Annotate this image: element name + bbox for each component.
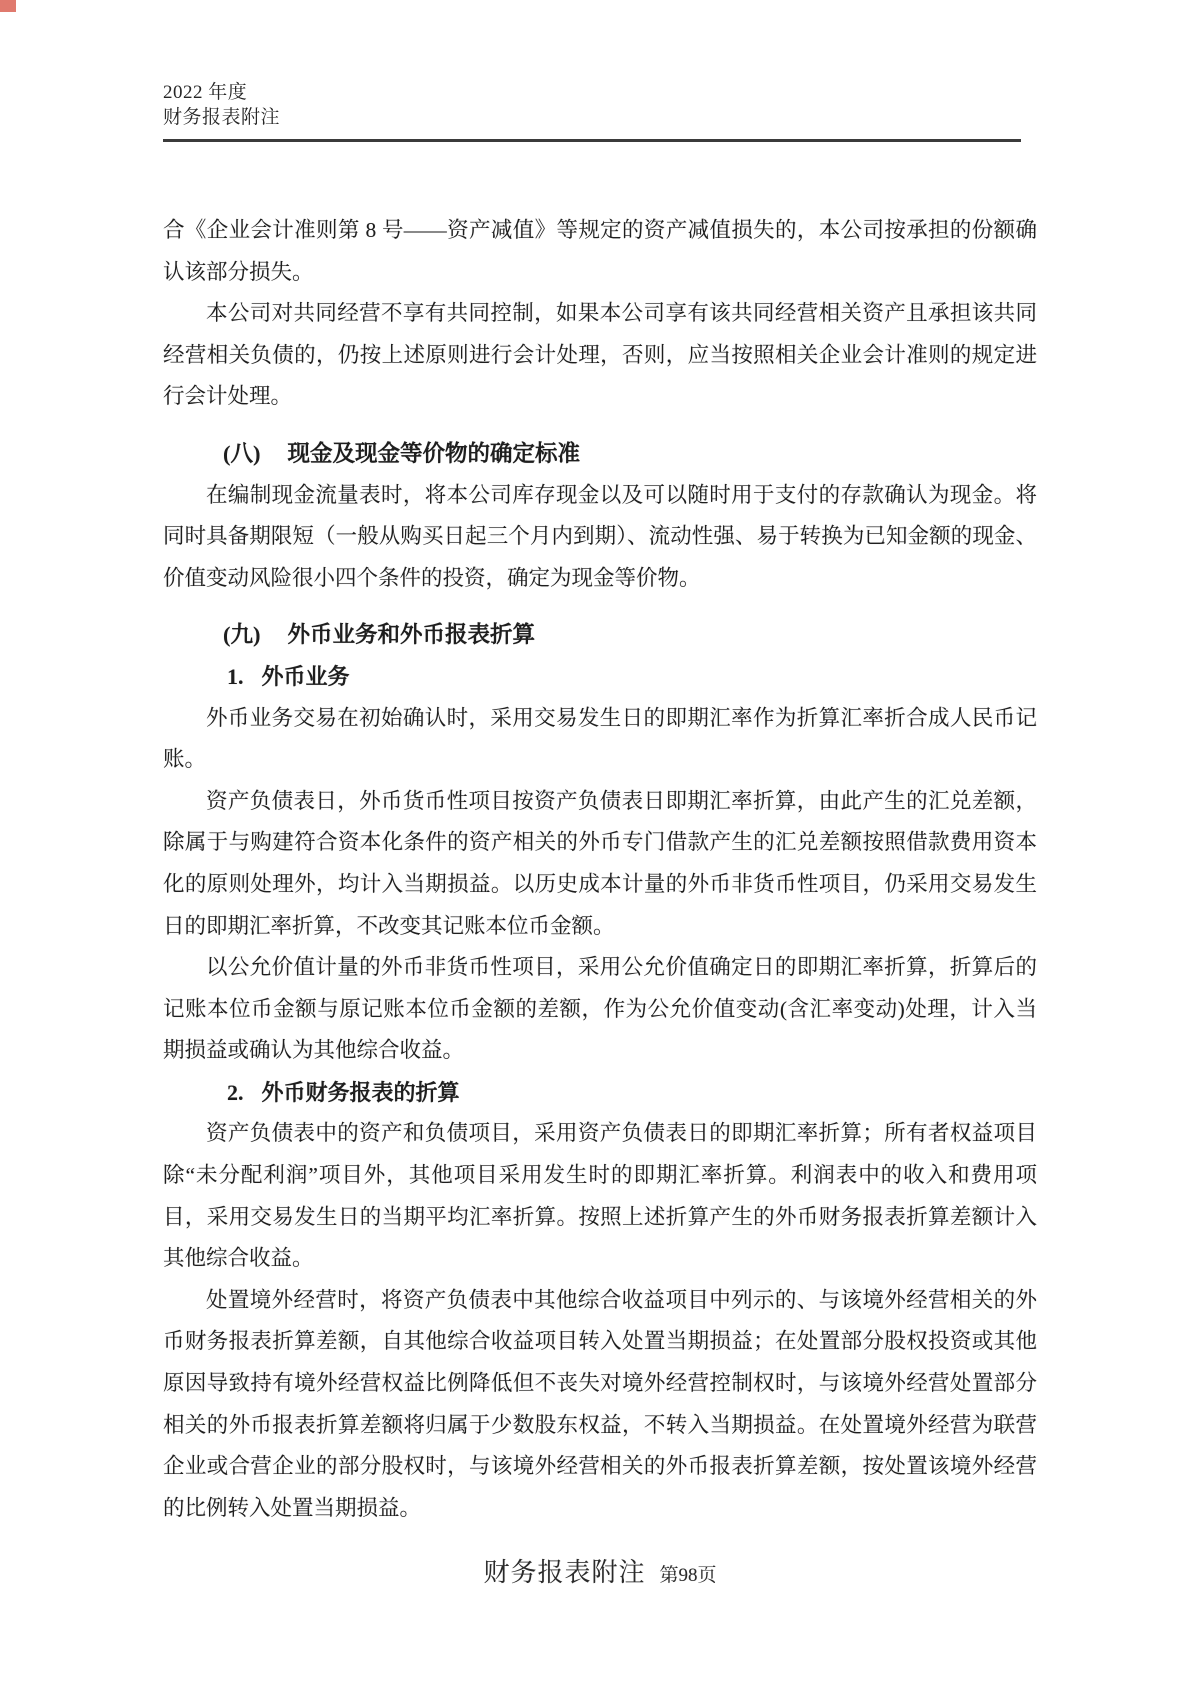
page-footer: 财务报表附注第98页 <box>0 1552 1200 1589</box>
sub-heading: 1.外币业务 <box>163 656 1037 698</box>
body-paragraph: 合《企业会计准则第 8 号——资产减值》等规定的资产减值损失的，本公司按承担的份… <box>163 210 1037 293</box>
body-paragraph: 资产负债表日，外币货币性项目按资产负债表日即期汇率折算，由此产生的汇兑差额，除属… <box>163 781 1037 947</box>
body-paragraph: 外币业务交易在初始确认时，采用交易发生日的即期汇率作为折算汇率折合成人民币记账。 <box>163 698 1037 781</box>
document-page: 2022 年度 财务报表附注 合《企业会计准则第 8 号——资产减值》等规定的资… <box>163 80 1037 1529</box>
heading-text: 现金及现金等价物的确定标准 <box>288 441 581 466</box>
scan-artifact <box>0 0 16 12</box>
sub-heading: 2.外币财务报表的折算 <box>163 1072 1037 1114</box>
body-paragraph: 资产负债表中的资产和负债项目，采用资产负债表日的即期汇率折算；所有者权益项目除“… <box>163 1113 1037 1279</box>
document-body: 合《企业会计准则第 8 号——资产减值》等规定的资产减值损失的，本公司按承担的份… <box>163 210 1037 1529</box>
body-paragraph: 本公司对共同经营不享有共同控制，如果本公司享有该共同经营相关资产且承担该共同经营… <box>163 293 1037 418</box>
heading-marker: (九) <box>163 622 261 647</box>
section-heading: (九)外币业务和外币报表折算 <box>163 614 1037 656</box>
heading-marker: (八) <box>163 441 261 466</box>
page-header: 2022 年度 财务报表附注 <box>163 80 1037 142</box>
header-rule <box>163 139 1021 142</box>
header-title-line: 财务报表附注 <box>163 105 1037 130</box>
header-year-line: 2022 年度 <box>163 80 1037 105</box>
body-paragraph: 以公允价值计量的外币非货币性项目，采用公允价值确定日的即期汇率折算，折算后的记账… <box>163 947 1037 1072</box>
heading-text: 外币业务和外币报表折算 <box>288 622 536 647</box>
body-paragraph: 在编制现金流量表时，将本公司库存现金以及可以随时用于支付的存款确认为现金。将同时… <box>163 475 1037 600</box>
footer-title: 财务报表附注 <box>483 1558 645 1587</box>
heading-text: 外币业务 <box>262 664 350 689</box>
heading-text: 外币财务报表的折算 <box>262 1080 460 1105</box>
section-heading: (八)现金及现金等价物的确定标准 <box>163 433 1037 475</box>
body-paragraph: 处置境外经营时，将资产负债表中其他综合收益项目中列示的、与该境外经营相关的外币财… <box>163 1280 1037 1530</box>
heading-marker: 1. <box>163 664 244 689</box>
heading-marker: 2. <box>163 1080 244 1105</box>
footer-page-number: 第98页 <box>660 1565 717 1586</box>
